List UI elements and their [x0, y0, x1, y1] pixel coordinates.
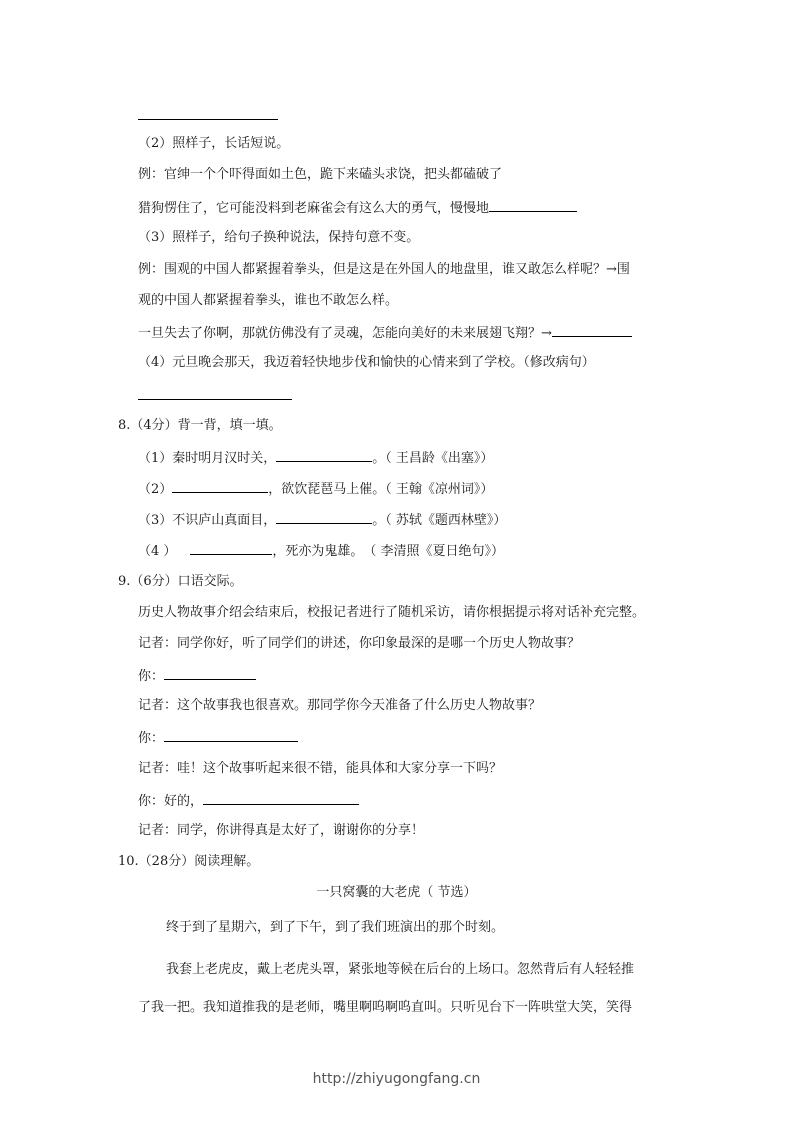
- q7-part2-question-text: 猎狗愣住了，它可能没料到老麻雀会有这么大的勇气，慢慢地: [138, 201, 489, 216]
- q8-item-1-prefix: （1）秦时明月汉时关，: [138, 451, 276, 466]
- answer-blank[interactable]: [489, 199, 577, 212]
- q8-title: 8.（4分）背一背，填一填。: [118, 418, 282, 434]
- answer-blank[interactable]: [164, 729, 298, 742]
- footer-url: http://zhiyugongfang.cn: [0, 1071, 793, 1087]
- q9-dialog-3: 记者：这个故事我也很喜欢。那同学你今天准备了什么历史人物故事？: [138, 698, 541, 714]
- q8-item-3-suffix: 。（ 苏轼《题西林壁》）: [372, 513, 506, 528]
- q8-item-1-suffix: 。（ 王昌龄《出塞》）: [372, 451, 493, 466]
- passage-paragraph-2: 我套上老虎皮，戴上老虎头罩，紧张地等候在后台的上场口。忽然背后有人轻轻推: [166, 962, 634, 978]
- q8-item-4-prefix: （4 ）: [138, 544, 176, 559]
- passage-paragraph-3: 了我一把。我知道推我的是老师，嘴里啊呜啊呜直叫。只听见台下一阵哄堂大笑，笑得: [138, 1000, 632, 1016]
- q7-part3-title: （3）照样子，给句子换种说法，保持句意不变。: [138, 230, 419, 246]
- q7-part2-example: 例：官绅一个个吓得面如土色，跪下来磕头求饶，把头都磕破了: [138, 167, 502, 183]
- answer-blank[interactable]: [172, 480, 268, 493]
- q9-dialog-6: 你：好的，: [138, 792, 359, 810]
- q9-dialog-7: 记者：同学，你讲得真是太好了，谢谢你的分享！: [138, 823, 424, 839]
- answer-blank[interactable]: [552, 324, 632, 337]
- q8-item-4: （4 ），死亦为鬼雄。 （ 李清照《夏日绝句》）: [138, 542, 504, 560]
- q7-part3-question: 一旦失去了你啊，那就仿佛没有了灵魂，怎能向美好的未来展翅飞翔？→: [138, 324, 632, 342]
- q9-dialog-4: 你：: [138, 729, 298, 747]
- q9-dialog-2: 你：: [138, 667, 256, 685]
- q7-part2-question: 猎狗愣住了，它可能没料到老麻雀会有这么大的勇气，慢慢地: [138, 199, 577, 217]
- answer-line[interactable]: [138, 399, 292, 400]
- q9-dialog-5: 记者：哇！这个故事听起来很不错，能具体和大家分享一下吗？: [138, 761, 502, 777]
- q8-item-2: （2），欲饮琵琶马上催。（ 王翰《凉州词》）: [138, 480, 493, 498]
- q9-dialog-2-text: 你：: [138, 669, 164, 684]
- answer-blank[interactable]: [276, 511, 372, 524]
- q9-title: 9.（6分）口语交际。: [118, 574, 243, 590]
- q8-item-3-prefix: （3）不识庐山真面目，: [138, 513, 276, 528]
- q7-part3-example-line2: 观的中国人都紧握着拳头，谁也不敢怎么样。: [138, 293, 398, 309]
- q8-item-2-prefix: （2）: [138, 482, 172, 497]
- q8-item-2-suffix: ，欲饮琵琶马上催。（ 王翰《凉州词》）: [268, 482, 493, 497]
- q9-dialog-1: 记者：同学你好，听了同学们的讲述，你印象最深的是哪一个历史人物故事？: [138, 636, 580, 652]
- q7-part3-question-text: 一旦失去了你啊，那就仿佛没有了灵魂，怎能向美好的未来展翅飞翔？→: [138, 326, 552, 341]
- q8-item-3: （3）不识庐山真面目，。（ 苏轼《题西林壁》）: [138, 511, 506, 529]
- q9-intro: 历史人物故事介绍会结束后，校报记者进行了随机采访，请你根据提示将对话补充完整。: [138, 605, 645, 621]
- q8-item-1: （1）秦时明月汉时关，。（ 王昌龄《出塞》）: [138, 449, 493, 467]
- answer-line[interactable]: [138, 119, 278, 120]
- answer-blank[interactable]: [190, 542, 272, 555]
- q7-part4-title: （4）元旦晚会那天，我迈着轻快地步伐和愉快的心情来到了学校。（修改病句）: [138, 355, 595, 371]
- answer-blank[interactable]: [203, 792, 359, 805]
- q7-part2-title: （2）照样子，长话短说。: [138, 136, 289, 152]
- q9-dialog-6-text: 你：好的，: [138, 794, 203, 809]
- q8-item-4-suffix: ，死亦为鬼雄。 （ 李清照《夏日绝句》）: [272, 544, 504, 559]
- answer-blank[interactable]: [276, 449, 372, 462]
- answer-blank[interactable]: [164, 667, 256, 680]
- q10-title: 10.（28分）阅读理解。: [118, 854, 259, 870]
- passage-title: 一只窝囊的大老虎（ 节选）: [0, 885, 793, 901]
- q7-part3-example-line1: 例：围观的中国人都紧握着拳头，但是这是在外国人的地盘里，谁又敢怎么样呢？→围: [138, 262, 630, 278]
- passage-paragraph-1: 终于到了星期六，到了下午，到了我们班演出的那个时刻。: [166, 920, 504, 936]
- q9-dialog-4-text: 你：: [138, 731, 164, 746]
